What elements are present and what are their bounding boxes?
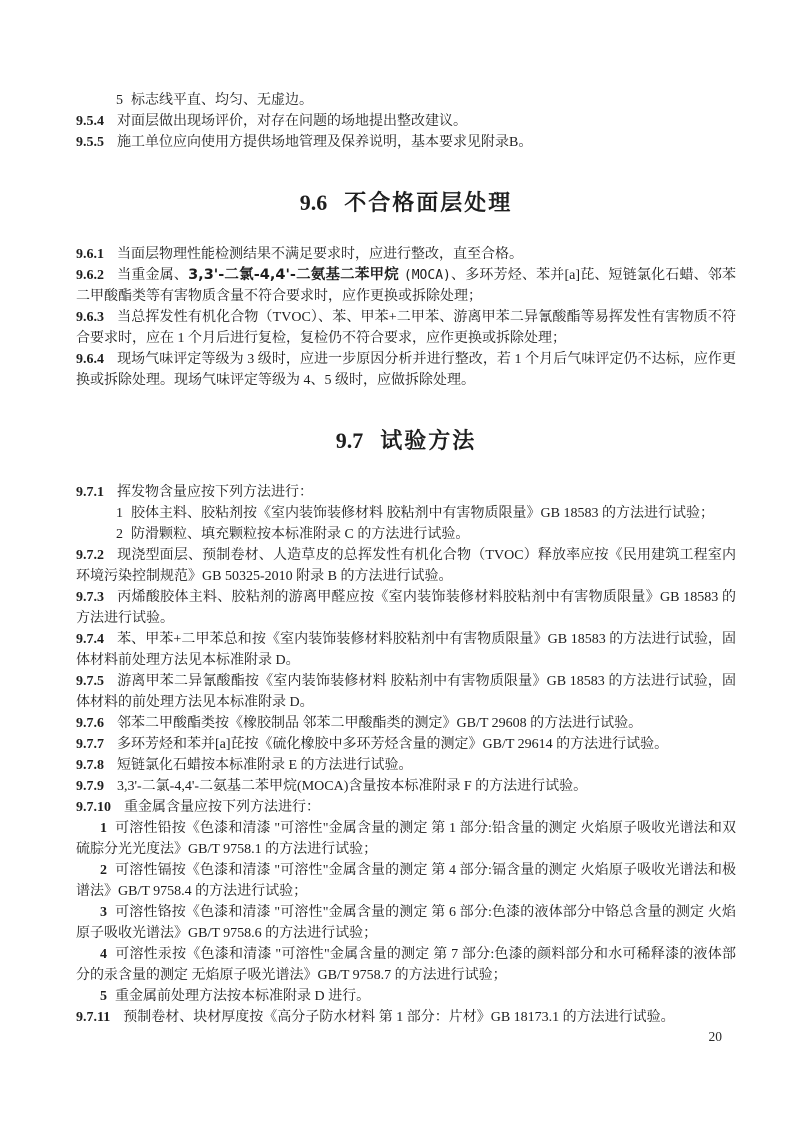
clause-text: 挥发物含量应按下列方法进行：: [117, 485, 313, 500]
list-item: 1可溶性铅按《色漆和清漆 "可溶性"金属含量的测定 第 1 部分:铅含量的测定 …: [76, 818, 736, 860]
clause-text: 苯、甲苯+二甲苯总和按《室内装饰装修材料胶粘剂中有害物质限量》GB 18583 …: [76, 632, 736, 668]
list-item-number: 5: [116, 93, 123, 108]
clause-number: 9.7.4: [76, 632, 104, 647]
clause-text: 当面层物理性能检测结果不满足要求时，应进行整改，直至合格。: [117, 247, 523, 262]
list-item: 4可溶性汞按《色漆和清漆 "可溶性"金属含量的测定 第 7 部分:色漆的颜料部分…: [76, 944, 736, 986]
list-item: 2可溶性镉按《色漆和清漆 "可溶性"金属含量的测定 第 4 部分:镉含量的测定 …: [76, 860, 736, 902]
list-item: 3可溶性铬按《色漆和清漆 "可溶性"金属含量的测定 第 6 部分:色漆的液体部分…: [76, 902, 736, 944]
clause-text: 邻苯二甲酸酯类按《橡胶制品 邻苯二甲酸酯类的测定》GB/T 29608 的方法进…: [117, 716, 642, 731]
clause-9-6-1: 9.6.1当面层物理性能检测结果不满足要求时，应进行整改，直至合格。: [76, 244, 736, 265]
clause-9-7-2: 9.7.2现浇型面层、预制卷材、人造草皮的总挥发性有机化合物（TVOC）释放率应…: [76, 545, 736, 587]
clause-number: 9.6.2: [76, 268, 104, 283]
list-item-number: 4: [100, 947, 107, 962]
clause-number: 9.7.8: [76, 758, 104, 773]
list-item-number: 2: [116, 527, 123, 542]
chemical-name: 3,3'-二氯-4,4'-二氨基二苯甲烷: [188, 267, 399, 283]
clause-9-7-1: 9.7.1挥发物含量应按下列方法进行：: [76, 482, 736, 503]
clause-text: 当总挥发性有机化合物（TVOC）、苯、甲苯+二甲苯、游离甲苯二异氰酸酯等易挥发性…: [76, 310, 736, 346]
clause-text: 3,3'-二氯-4,4'-二氨基二苯甲烷(MOCA)含量按本标准附录 F 的方法…: [117, 779, 587, 794]
section-title: 试验方法: [380, 429, 476, 454]
clause-9-7-3: 9.7.3丙烯酸胶体主料、胶粘剂的游离甲醛应按《室内装饰装修材料胶粘剂中有害物质…: [76, 587, 736, 629]
clause-number: 9.7.2: [76, 548, 104, 563]
clause-9-7-6: 9.7.6邻苯二甲酸酯类按《橡胶制品 邻苯二甲酸酯类的测定》GB/T 29608…: [76, 713, 736, 734]
clause-9-7-7: 9.7.7多环芳烃和苯并[a]芘按《硫化橡胶中多环芳烃含量的测定》GB/T 29…: [76, 734, 736, 755]
clause-text: 重金属含量应按下列方法进行：: [124, 800, 320, 815]
clause-9-5-5: 9.5.5施工单位应向使用方提供场地管理及保养说明，基本要求见附录B。: [76, 132, 736, 153]
clause-text: 丙烯酸胶体主料、胶粘剂的游离甲醛应按《室内装饰装修材料胶粘剂中有害物质限量》GB…: [76, 590, 736, 626]
section-number: 9.6: [300, 190, 328, 215]
clause-number: 9.5.5: [76, 135, 104, 150]
clause-9-7-11: 9.7.11预制卷材、块材厚度按《高分子防水材料 第 1 部分：片材》GB 18…: [76, 1007, 736, 1028]
clause-number: 9.6.4: [76, 352, 104, 367]
page-number: 20: [709, 1029, 723, 1045]
clause-9-7-5: 9.7.5游离甲苯二异氰酸酯按《室内装饰装修材料 胶粘剂中有害物质限量》GB 1…: [76, 671, 736, 713]
list-item-text: 可溶性铅按《色漆和清漆 "可溶性"金属含量的测定 第 1 部分:铅含量的测定 火…: [76, 821, 736, 857]
clause-text: 短链氯化石蜡按本标准附录 E 的方法进行试验。: [117, 758, 413, 773]
clause-9-6-2: 9.6.2当重金属、3,3'-二氯-4,4'-二氨基二苯甲烷(MOCA)、多环芳…: [76, 265, 736, 307]
clause-text: 施工单位应向使用方提供场地管理及保养说明，基本要求见附录B。: [117, 135, 532, 150]
clause-text: 预制卷材、块材厚度按《高分子防水材料 第 1 部分：片材》GB 18173.1 …: [123, 1010, 674, 1025]
chemical-abbreviation: (MOCA): [404, 268, 451, 283]
clause-number: 9.7.10: [76, 800, 111, 815]
clause-number: 9.6.1: [76, 247, 104, 262]
clause-number: 9.5.4: [76, 114, 104, 129]
list-item-number: 2: [100, 863, 107, 878]
clause-9-7-8: 9.7.8短链氯化石蜡按本标准附录 E 的方法进行试验。: [76, 755, 736, 776]
clause-number: 9.7.11: [76, 1010, 110, 1025]
list-item: 5重金属前处理方法按本标准附录 D 进行。: [76, 986, 736, 1007]
clause-9-5-4: 9.5.4对面层做出现场评价，对存在问题的场地提出整改建议。: [76, 111, 736, 132]
list-item-text: 胶体主料、胶粘剂按《室内装饰装修材料 胶粘剂中有害物质限量》GB 18583 的…: [131, 506, 714, 521]
list-item-text: 可溶性汞按《色漆和清漆 "可溶性"金属含量的测定 第 7 部分:色漆的颜料部分和…: [76, 947, 736, 983]
clause-9-7-9: 9.7.93,3'-二氯-4,4'-二氨基二苯甲烷(MOCA)含量按本标准附录 …: [76, 776, 736, 797]
clause-number: 9.7.6: [76, 716, 104, 731]
clause-number: 9.6.3: [76, 310, 104, 325]
clause-text: 当重金属、: [117, 268, 188, 283]
list-item: 5标志线平直、均匀、无虚边。: [76, 90, 736, 111]
list-item-number: 3: [100, 905, 107, 920]
clause-text: 对面层做出现场评价，对存在问题的场地提出整改建议。: [117, 114, 467, 129]
list-item-text: 重金属前处理方法按本标准附录 D 进行。: [115, 989, 370, 1004]
document-page: 5标志线平直、均匀、无虚边。 9.5.4对面层做出现场评价，对存在问题的场地提出…: [0, 0, 800, 1131]
list-item-number: 1: [116, 506, 123, 521]
clause-number: 9.7.3: [76, 590, 104, 605]
list-item: 1胶体主料、胶粘剂按《室内装饰装修材料 胶粘剂中有害物质限量》GB 18583 …: [76, 503, 736, 524]
clause-number: 9.7.5: [76, 674, 104, 689]
clause-text: 游离甲苯二异氰酸酯按《室内装饰装修材料 胶粘剂中有害物质限量》GB 18583 …: [76, 674, 736, 710]
document-content: 5标志线平直、均匀、无虚边。 9.5.4对面层做出现场评价，对存在问题的场地提出…: [0, 0, 800, 1028]
clause-number: 9.7.7: [76, 737, 104, 752]
section-title: 不合格面层处理: [344, 191, 512, 216]
clause-9-7-4: 9.7.4苯、甲苯+二甲苯总和按《室内装饰装修材料胶粘剂中有害物质限量》GB 1…: [76, 629, 736, 671]
list-item-text: 可溶性镉按《色漆和清漆 "可溶性"金属含量的测定 第 4 部分:镉含量的测定 火…: [76, 863, 736, 899]
clause-number: 9.7.9: [76, 779, 104, 794]
list-item-number: 1: [100, 821, 107, 836]
clause-text: 现浇型面层、预制卷材、人造草皮的总挥发性有机化合物（TVOC）释放率应按《民用建…: [76, 548, 736, 584]
clause-9-6-3: 9.6.3当总挥发性有机化合物（TVOC）、苯、甲苯+二甲苯、游离甲苯二异氰酸酯…: [76, 307, 736, 349]
list-item-text: 防滑颗粒、填充颗粒按本标准附录 C 的方法进行试验。: [131, 527, 469, 542]
clause-number: 9.7.1: [76, 485, 104, 500]
section-heading-9-7: 9.7试验方法: [76, 425, 736, 458]
list-item-text: 标志线平直、均匀、无虚边。: [131, 93, 313, 108]
section-number: 9.7: [336, 428, 364, 453]
clause-text: 现场气味评定等级为 3 级时，应进一步原因分析并进行整改，若 1 个月后气味评定…: [76, 352, 736, 388]
clause-text: 多环芳烃和苯并[a]芘按《硫化橡胶中多环芳烃含量的测定》GB/T 29614 的…: [117, 737, 668, 752]
list-item-number: 5: [100, 989, 107, 1004]
section-heading-9-6: 9.6不合格面层处理: [76, 187, 736, 220]
clause-9-6-4: 9.6.4现场气味评定等级为 3 级时，应进一步原因分析并进行整改，若 1 个月…: [76, 349, 736, 391]
list-item-text: 可溶性铬按《色漆和清漆 "可溶性"金属含量的测定 第 6 部分:色漆的液体部分中…: [76, 905, 736, 941]
list-item: 2防滑颗粒、填充颗粒按本标准附录 C 的方法进行试验。: [76, 524, 736, 545]
clause-9-7-10: 9.7.10重金属含量应按下列方法进行：: [76, 797, 736, 818]
